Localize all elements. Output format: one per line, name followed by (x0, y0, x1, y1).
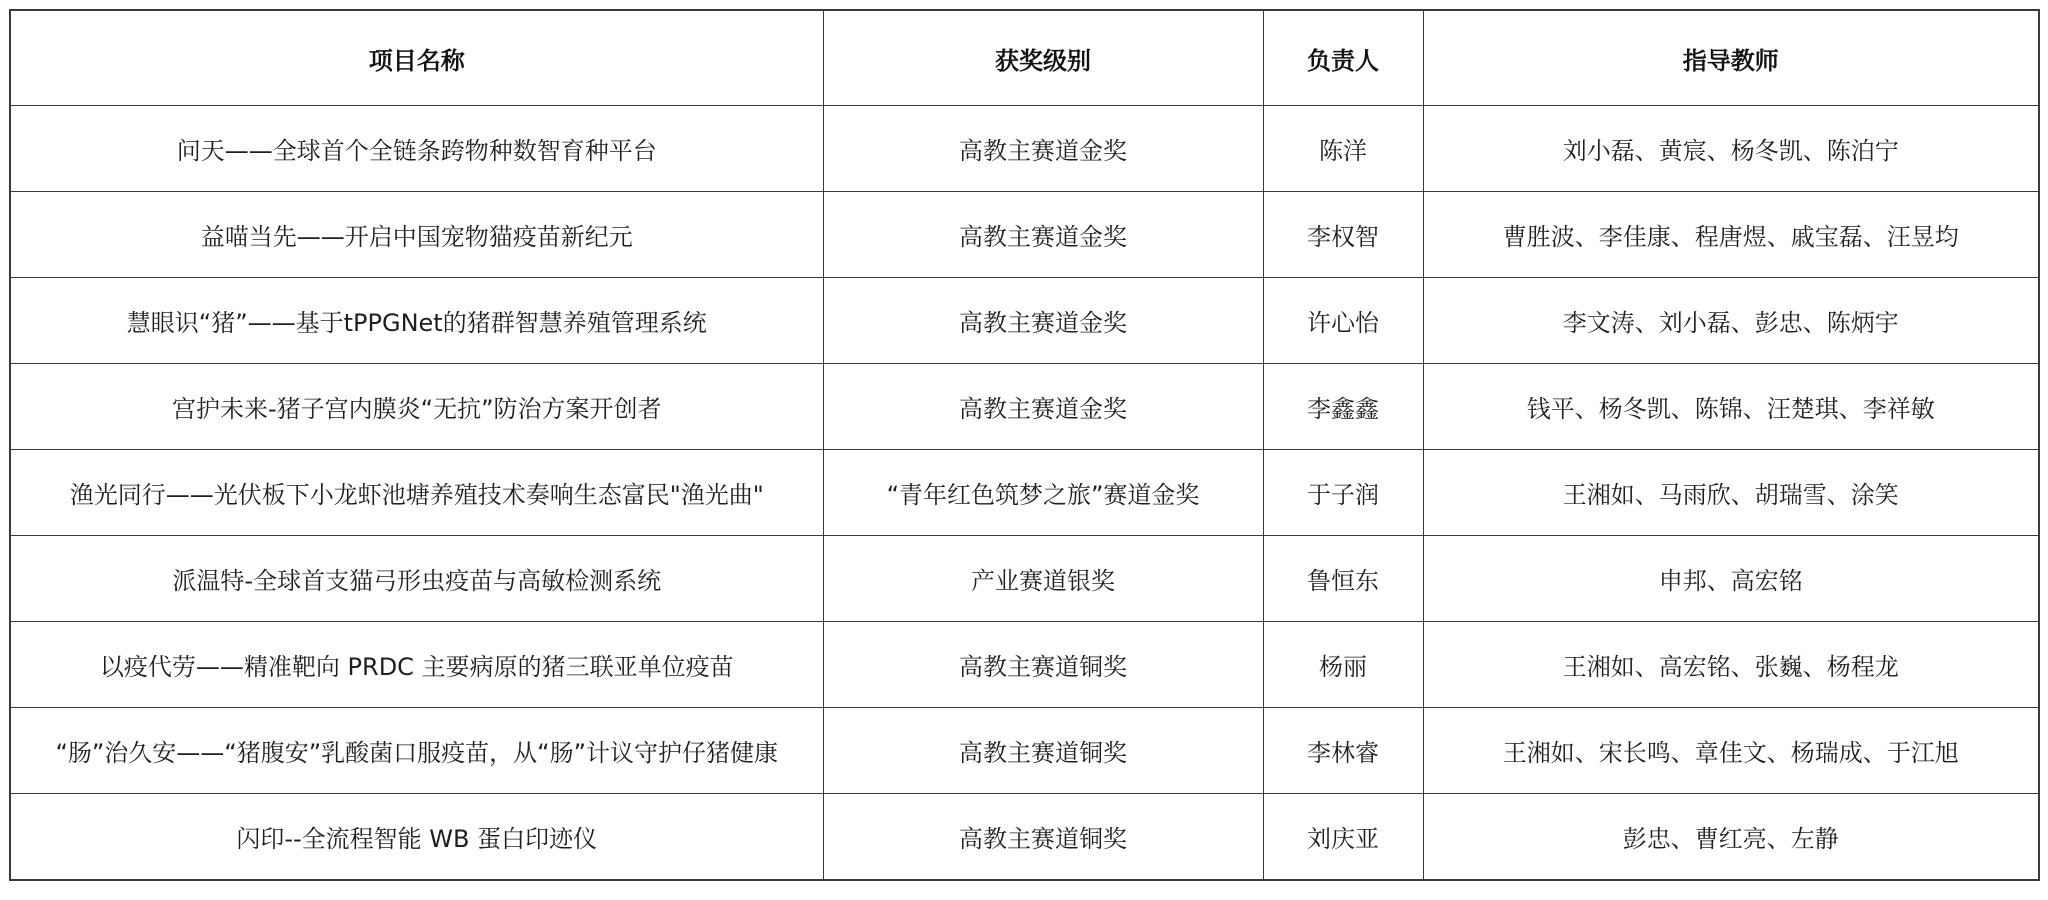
cell-project-name: 以疫代劳——精准靶向 PRDC 主要病原的猪三联亚单位疫苗 (10, 622, 823, 708)
cell-project-name: 派温特-全球首支猫弓形虫疫苗与高敏检测系统 (10, 536, 823, 622)
cell-advisors: 李文涛、刘小磊、彭忠、陈炳宇 (1423, 278, 2039, 364)
cell-project-name: “肠”治久安——“猪腹安”乳酸菌口服疫苗，从“肠”计议守护仔猪健康 (10, 708, 823, 794)
cell-award-level: 高教主赛道金奖 (823, 192, 1263, 278)
header-leader: 负责人 (1263, 10, 1423, 106)
cell-advisors: 刘小磊、黄宸、杨冬凯、陈泊宁 (1423, 106, 2039, 192)
cell-award-level: 高教主赛道金奖 (823, 278, 1263, 364)
cell-project-name: 宫护未来-猪子宫内膜炎“无抗”防治方案开创者 (10, 364, 823, 450)
table-row: 宫护未来-猪子宫内膜炎“无抗”防治方案开创者 高教主赛道金奖 李鑫鑫 钱平、杨冬… (10, 364, 2039, 450)
table-body: 问天——全球首个全链条跨物种数智育种平台 高教主赛道金奖 陈洋 刘小磊、黄宸、杨… (10, 106, 2039, 881)
table-row: 以疫代劳——精准靶向 PRDC 主要病原的猪三联亚单位疫苗 高教主赛道铜奖 杨丽… (10, 622, 2039, 708)
cell-project-name: 渔光同行——光伏板下小龙虾池塘养殖技术奏响生态富民"渔光曲" (10, 450, 823, 536)
cell-advisors: 王湘如、马雨欣、胡瑞雪、涂笑 (1423, 450, 2039, 536)
cell-leader: 陈洋 (1263, 106, 1423, 192)
cell-project-name: 慧眼识“猪”——基于tPPGNet的猪群智慧养殖管理系统 (10, 278, 823, 364)
cell-project-name: 问天——全球首个全链条跨物种数智育种平台 (10, 106, 823, 192)
cell-project-name: 闪印--全流程智能 WB 蛋白印迹仪 (10, 794, 823, 881)
cell-leader: 刘庆亚 (1263, 794, 1423, 881)
table-header: 项目名称 获奖级别 负责人 指导教师 (10, 10, 2039, 106)
table-row: 慧眼识“猪”——基于tPPGNet的猪群智慧养殖管理系统 高教主赛道金奖 许心怡… (10, 278, 2039, 364)
cell-leader: 李林睿 (1263, 708, 1423, 794)
header-project-name: 项目名称 (10, 10, 823, 106)
cell-advisors: 钱平、杨冬凯、陈锦、汪楚琪、李祥敏 (1423, 364, 2039, 450)
cell-leader: 鲁恒东 (1263, 536, 1423, 622)
cell-leader: 李权智 (1263, 192, 1423, 278)
cell-award-level: 高教主赛道铜奖 (823, 794, 1263, 881)
cell-advisors: 申邦、高宏铭 (1423, 536, 2039, 622)
table-row: 闪印--全流程智能 WB 蛋白印迹仪 高教主赛道铜奖 刘庆亚 彭忠、曹红亮、左静 (10, 794, 2039, 881)
header-row: 项目名称 获奖级别 负责人 指导教师 (10, 10, 2039, 106)
cell-leader: 杨丽 (1263, 622, 1423, 708)
cell-award-level: 高教主赛道金奖 (823, 106, 1263, 192)
table-row: 问天——全球首个全链条跨物种数智育种平台 高教主赛道金奖 陈洋 刘小磊、黄宸、杨… (10, 106, 2039, 192)
cell-advisors: 曹胜波、李佳康、程唐煜、戚宝磊、汪昱均 (1423, 192, 2039, 278)
cell-project-name: 益喵当先——开启中国宠物猫疫苗新纪元 (10, 192, 823, 278)
cell-award-level: 高教主赛道金奖 (823, 364, 1263, 450)
cell-award-level: 高教主赛道铜奖 (823, 622, 1263, 708)
table-row: 渔光同行——光伏板下小龙虾池塘养殖技术奏响生态富民"渔光曲" “青年红色筑梦之旅… (10, 450, 2039, 536)
table-row: “肠”治久安——“猪腹安”乳酸菌口服疫苗，从“肠”计议守护仔猪健康 高教主赛道铜… (10, 708, 2039, 794)
cell-advisors: 王湘如、宋长鸣、章佳文、杨瑞成、于江旭 (1423, 708, 2039, 794)
cell-leader: 李鑫鑫 (1263, 364, 1423, 450)
cell-award-level: 高教主赛道铜奖 (823, 708, 1263, 794)
table-row: 益喵当先——开启中国宠物猫疫苗新纪元 高教主赛道金奖 李权智 曹胜波、李佳康、程… (10, 192, 2039, 278)
cell-advisors: 王湘如、高宏铭、张巍、杨程龙 (1423, 622, 2039, 708)
award-table: 项目名称 获奖级别 负责人 指导教师 问天——全球首个全链条跨物种数智育种平台 … (9, 9, 2040, 881)
cell-advisors: 彭忠、曹红亮、左静 (1423, 794, 2039, 881)
header-award-level: 获奖级别 (823, 10, 1263, 106)
table-row: 派温特-全球首支猫弓形虫疫苗与高敏检测系统 产业赛道银奖 鲁恒东 申邦、高宏铭 (10, 536, 2039, 622)
cell-award-level: “青年红色筑梦之旅”赛道金奖 (823, 450, 1263, 536)
header-advisors: 指导教师 (1423, 10, 2039, 106)
cell-award-level: 产业赛道银奖 (823, 536, 1263, 622)
cell-leader: 于子润 (1263, 450, 1423, 536)
cell-leader: 许心怡 (1263, 278, 1423, 364)
